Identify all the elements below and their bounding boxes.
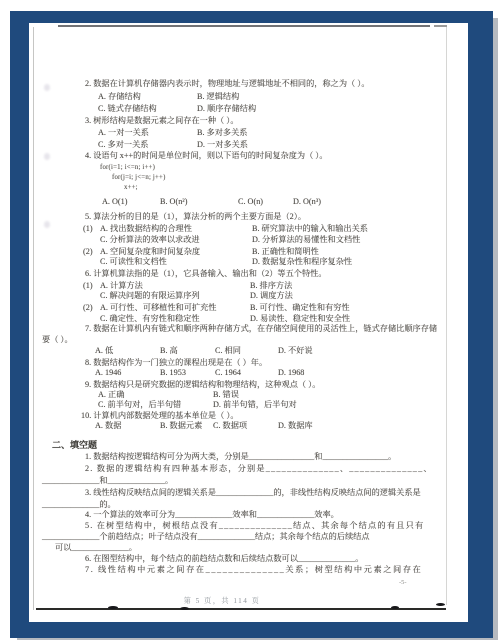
- doc-line: for(i=1; i<=n; i++): [100, 163, 155, 173]
- doc-line: ______________和______________。: [42, 476, 173, 486]
- doc-line: B. 多对多关系: [197, 128, 248, 138]
- doc-line: D. 一对多关系: [197, 140, 248, 150]
- doc-line: D. 分析算法的易懂性和文档性: [252, 235, 360, 245]
- doc-line: D. 数据复杂性和程序复杂性: [252, 257, 352, 267]
- doc-line: ______________个前趋结点；叶子结点没有______________…: [42, 532, 370, 542]
- doc-line: 10. 计算机内部数据处理的基本单位是（ ）。: [81, 411, 239, 421]
- doc-line: B. O(n²): [160, 197, 187, 207]
- doc-line: C. 可读性和文档性: [100, 257, 167, 267]
- doc-line: 2. 数据的逻辑结构有四种基本形态，分别是______________、____…: [85, 464, 433, 474]
- doc-line: 5. 在树型结构中，树根结点没有______________结点、其余每个结点的…: [85, 521, 424, 531]
- doc-line: D. 调度方法: [250, 291, 293, 301]
- doc-line: D. 顺序存储结构: [197, 104, 256, 114]
- doc-line: 2. 数据在计算机存储器内表示时，物理地址与逻辑地址不相同的，称之为（ ）。: [85, 79, 370, 89]
- doc-line: C. 链式存储结构: [98, 104, 157, 114]
- doc-line: (2): [83, 247, 93, 257]
- doc-line: A. 低: [95, 346, 113, 356]
- page-bottom-edge-line: [36, 608, 446, 610]
- doc-line: D. 不好说: [278, 346, 313, 356]
- doc-line: A. 计算方法: [100, 281, 143, 291]
- page-right-edge-line: [446, 27, 447, 605]
- doc-line: C. O(n): [238, 197, 263, 207]
- doc-line: 1. 数据结构按逻辑结构可分为两大类，分别是________________和_…: [85, 452, 396, 462]
- doc-line: (2): [83, 303, 93, 313]
- page-top-edge-line: [58, 25, 430, 27]
- scan-artifact: [391, 606, 399, 609]
- doc-line: C. 前半句对，后半句错: [98, 400, 181, 410]
- doc-line: A. 空间复杂度和时间复杂度: [100, 247, 200, 257]
- doc-line: 要（ ）。: [42, 335, 73, 345]
- doc-line: C. 相同: [215, 346, 241, 356]
- doc-line: (1): [83, 224, 93, 234]
- doc-line: 7. 数据在计算机内有链式和顺序两种存储方式，在存储空间使用的灵活性上，链式存储…: [85, 324, 437, 334]
- doc-line: D. 1968: [278, 368, 304, 378]
- doc-line: 9. 数据结构只是研究数据的逻辑结构和物理结构，这种观点（ ）。: [85, 380, 320, 390]
- doc-line: D. O(n³): [293, 197, 321, 207]
- doc-line: 4. 一个算法的效率可分为______________效率和__________…: [85, 510, 339, 520]
- doc-line: A. 存储结构: [98, 92, 141, 102]
- doc-line: B. 1953: [160, 368, 186, 378]
- doc-line: C. 解决问题的有限运算序列: [100, 291, 200, 301]
- page-footer: 第 5 页，共 114 页: [0, 596, 444, 606]
- doc-line: A. 1946: [95, 368, 121, 378]
- doc-line: 8. 数据结构作为一门独立的课程出现是在（ ）年。: [85, 358, 267, 368]
- doc-line: A. 可行性、可移植性和可扩充性: [100, 303, 216, 313]
- doc-line: A. 找出数据结构的合理性: [100, 224, 192, 234]
- doc-line: B. 逻辑结构: [197, 92, 239, 102]
- doc-line: x++;: [124, 183, 138, 193]
- doc-line: A. O(1): [102, 197, 127, 207]
- scan-smudge: [44, 221, 50, 228]
- scanned-page: 2. 数据在计算机存储器内表示时，物理地址与逻辑地址不相同的，称之为（ ）。A.…: [0, 0, 500, 640]
- doc-line: B. 正确性和简明性: [252, 247, 319, 257]
- doc-line: C. 1964: [215, 368, 241, 378]
- doc-line: 5. 算法分析的目的是（1），算法分析的两个主要方面是（2）。: [85, 212, 306, 222]
- doc-line: C. 多对一关系: [98, 140, 149, 150]
- doc-line: A. 数据: [95, 421, 121, 431]
- doc-line: B. 高: [160, 346, 178, 356]
- doc-line: for(j=i; j<=n; j++): [112, 173, 166, 183]
- doc-line: 4. 设语句 x++的时间是单位时间，则以下语句的时间复杂度为（ ）。: [85, 151, 328, 161]
- scan-smudge: [44, 84, 50, 91]
- doc-line: D. 前半句错，后半句对: [213, 400, 297, 410]
- doc-line: D. 数据库: [278, 421, 313, 431]
- doc-line: 7. 线性结构中元素之间存在______________关系；树型结构中元素之间…: [85, 565, 422, 575]
- doc-line: 3. 树形结构是数据元素之间存在一种（ ）。: [85, 116, 239, 126]
- doc-line: A. 一对一关系: [98, 128, 149, 138]
- doc-line: B. 错误: [213, 390, 239, 400]
- doc-line: C. 确定性、有穷性和稳定性: [100, 314, 200, 324]
- doc-line: C. 分析算法的效率以求改进: [100, 235, 200, 245]
- doc-line: ______________的。: [42, 500, 116, 510]
- doc-line: B. 研究算法中的输入和输出关系: [252, 224, 368, 234]
- doc-line: (1): [83, 281, 93, 291]
- doc-line: 6. 在图型结构中，每个结点的前趋结点数和后续结点数可以____________…: [85, 554, 363, 564]
- scan-smudge: [44, 153, 50, 160]
- scan-artifact: [180, 607, 189, 610]
- doc-line: B. 排序方法: [250, 281, 292, 291]
- page-left-edge-line: [33, 27, 34, 610]
- doc-line: 6. 计算机算法指的是（1），它具备输入、输出和（2）等五个特性。: [85, 269, 327, 279]
- doc-line: B. 可行性、确定性和有穷性: [250, 303, 350, 313]
- doc-line: D. 易读性、稳定性和安全性: [250, 314, 350, 324]
- scan-artifact: [108, 606, 118, 609]
- doc-line: 3. 线性结构反映结点间的逻辑关系是______________的，非线性结构反…: [85, 488, 421, 498]
- page-marker: -5-: [399, 578, 407, 588]
- doc-line: B. 数据元素: [160, 421, 202, 431]
- doc-line: C. 数据项: [213, 421, 247, 431]
- doc-line: 可以______________。: [55, 543, 137, 553]
- doc-line: A. 正确: [98, 390, 124, 400]
- section-heading: 二、填空题: [52, 440, 97, 450]
